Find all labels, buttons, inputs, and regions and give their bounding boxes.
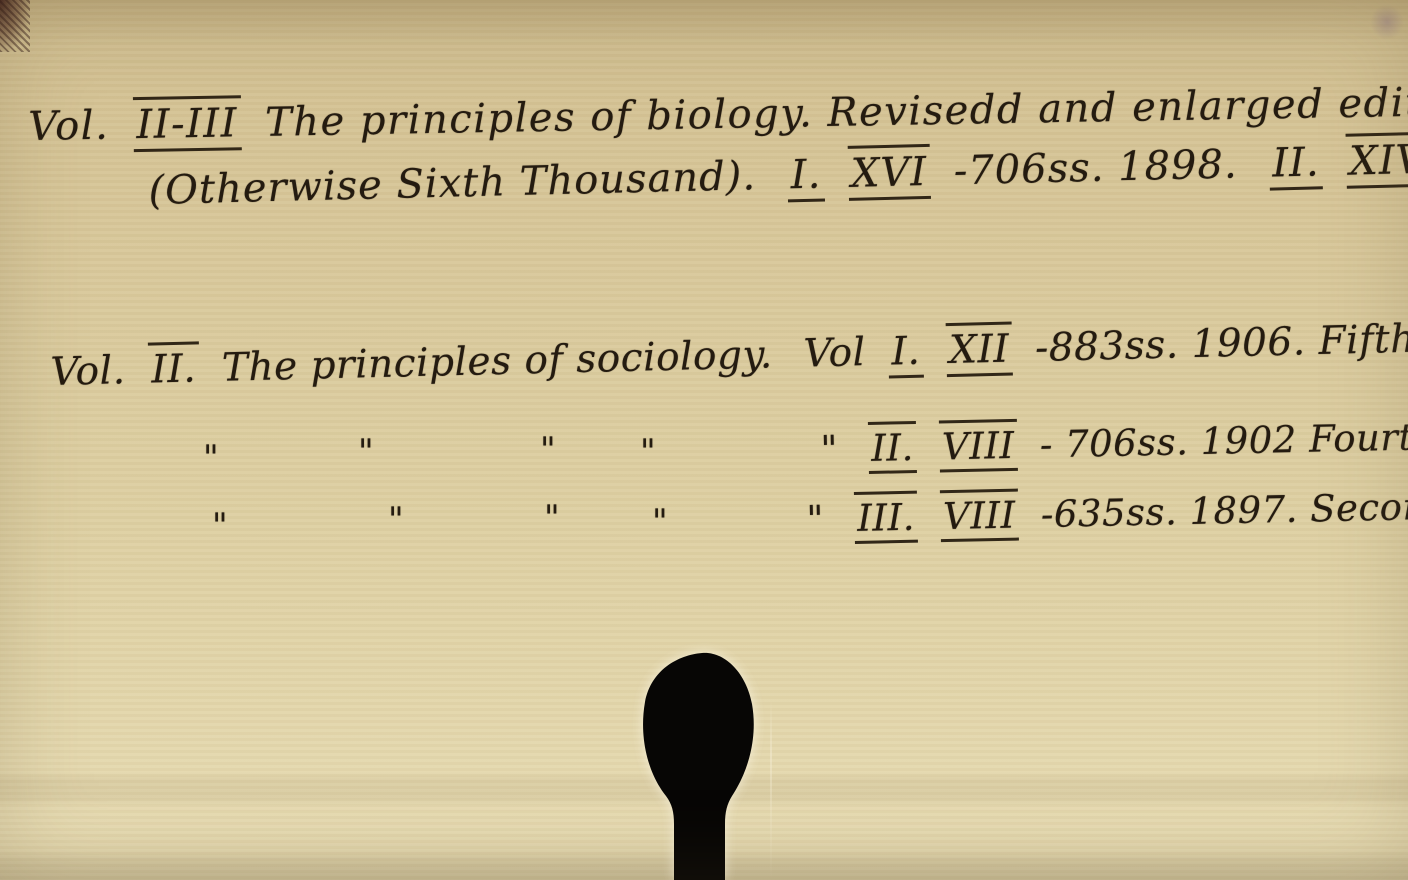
vol2-numeral: II. [868,421,918,474]
sociology-title-text: The principles of sociology. [221,332,773,390]
vol1-numeral: I. [888,329,924,379]
vol3-pages-roman: VIII [940,489,1020,543]
volume-label: Vol. [50,348,126,395]
vol3-details: " III. VIII -635ss. 1897. Second " [806,483,1408,541]
torn-edge-highlight [770,700,772,880]
biology-title-text: The principles of biology. Revisedd and … [265,78,1408,146]
vol1-pages-roman: XVI [847,144,930,201]
ditto-mark: " [544,498,560,538]
volume-numeral: II. [148,341,200,393]
vol1-pages-roman: XII [945,321,1012,377]
ditto-mark: " [540,430,556,470]
entry-biology-line1: Vol. II-III The principles of biology. R… [28,78,1408,150]
ditto-mark: " [388,500,404,540]
volume-numeral: II-III [133,95,241,152]
worn-corner-patch [0,0,30,52]
vol2-pages-roman: XIV [1346,132,1408,189]
edition-note: (Otherwise Sixth Thousand). [148,153,757,214]
ditto-mark: " [820,428,838,471]
volume-label: Vol. [28,103,110,150]
vol1-pages-year-edition: -883ss. 1906. Fifth thousand [1035,312,1408,371]
ditto-mark: " [203,438,219,478]
vol3-pages-year-edition: -635ss. 1897. Second [1040,485,1408,537]
ditto-mark: " [652,502,668,542]
entry-sociology-line2: " " " " " II. VIII - 706ss. 1902 Fourth … [0,424,1408,494]
entry-sociology-line1: Vol. II. The principles of sociology. Vo… [50,311,1408,395]
vol2-pages-year-edition: - 706ss. 1902 Fourth [1039,415,1408,466]
volume-label-2: Vol [803,330,866,377]
catalog-card-scan: { "card": { "line1": { "vol": "Vol.", "n… [0,0,1408,880]
keyhole-punch-hole [630,648,780,880]
ditto-mark: " [806,498,824,541]
entry-sociology-line3: " " " " " III. VIII -635ss. 1897. Second… [0,490,1408,560]
vol2-details: " II. VIII - 706ss. 1902 Fourth " [820,414,1408,471]
vol2-pages-roman: VIII [938,419,1018,473]
vol1-numeral: I. [787,151,825,202]
vol3-numeral: III. [854,491,919,544]
vol2-numeral: II. [1269,139,1324,190]
ink-smudge [1370,4,1404,40]
ditto-mark: " [212,506,228,546]
ditto-mark: " [640,432,656,472]
vol1-pages-year: -706ss. 1898. [953,141,1238,194]
ditto-mark: " [358,432,374,472]
